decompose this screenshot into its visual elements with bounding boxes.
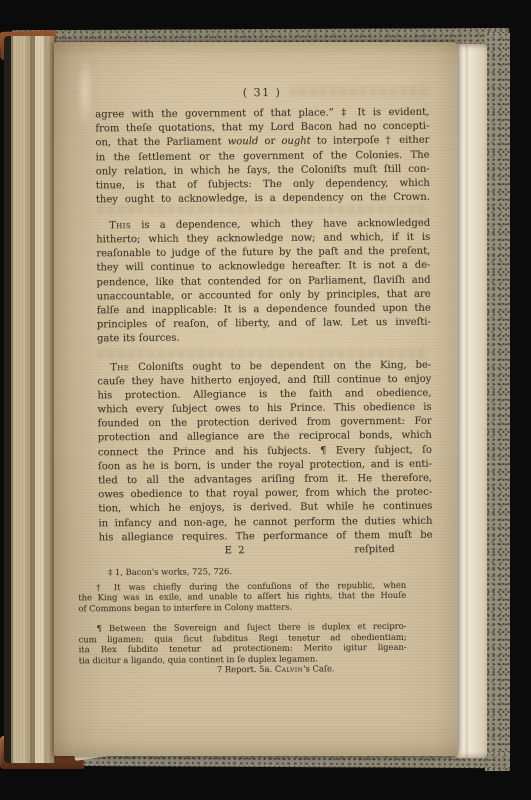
footnote: † It was chiefly during the confuſions o…	[78, 579, 406, 613]
catchword: reſpited	[354, 543, 394, 558]
paragraph: agree with the government of that place.…	[95, 106, 430, 208]
book-spine	[4, 36, 54, 763]
book-page: ( 31 ) agree with the government of that…	[54, 42, 458, 756]
paragraph: The Coloniſts ought to be dependent on t…	[97, 358, 432, 545]
italic-word: would	[228, 136, 259, 147]
text-line: gate its ſources.	[97, 330, 431, 347]
text-run: 7 Report. 5a.	[217, 664, 275, 674]
small-caps-word: Calvin	[275, 664, 303, 674]
text-line: they ought to acknowledge, is a dependen…	[96, 191, 430, 208]
page-edges-right	[455, 44, 487, 758]
text-run: Coloniſts ought to be dependent on the K…	[129, 359, 431, 372]
footnotes-block: ‡ 1, Bacon's works, 725, 726. † It was c…	[78, 565, 407, 676]
small-caps-word: The	[110, 362, 129, 373]
italic-word: ought	[281, 136, 310, 147]
text-block: ( 31 ) agree with the government of that…	[95, 85, 433, 560]
footnote-line: ‡ 1, Bacon's works, 725, 726.	[78, 565, 406, 578]
photo-background: ( 31 ) agree with the government of that…	[0, 0, 531, 800]
text-run: on, that the Parliament	[95, 137, 227, 149]
text-run: to interpoſe † either	[311, 135, 430, 147]
marbled-board-edge-right	[485, 32, 510, 771]
gutter-highlight	[74, 48, 96, 158]
text-run: is a dependence, which they have acknowl…	[131, 217, 430, 230]
footnote: ¶ Between the Sovereign and ſuject there…	[78, 621, 406, 666]
small-caps-word: This	[109, 220, 131, 231]
footnote-line: of Commons began to interfere in Colony …	[78, 600, 406, 613]
paragraph: This is a dependence, which they have ac…	[96, 216, 431, 346]
folio-number: ( 31 )	[95, 85, 429, 101]
text-run: 's Caſe.	[303, 663, 334, 673]
text-run: or	[258, 136, 281, 147]
signature-line: E 2 reſpited	[99, 543, 433, 560]
signature-mark: E 2	[225, 544, 246, 558]
